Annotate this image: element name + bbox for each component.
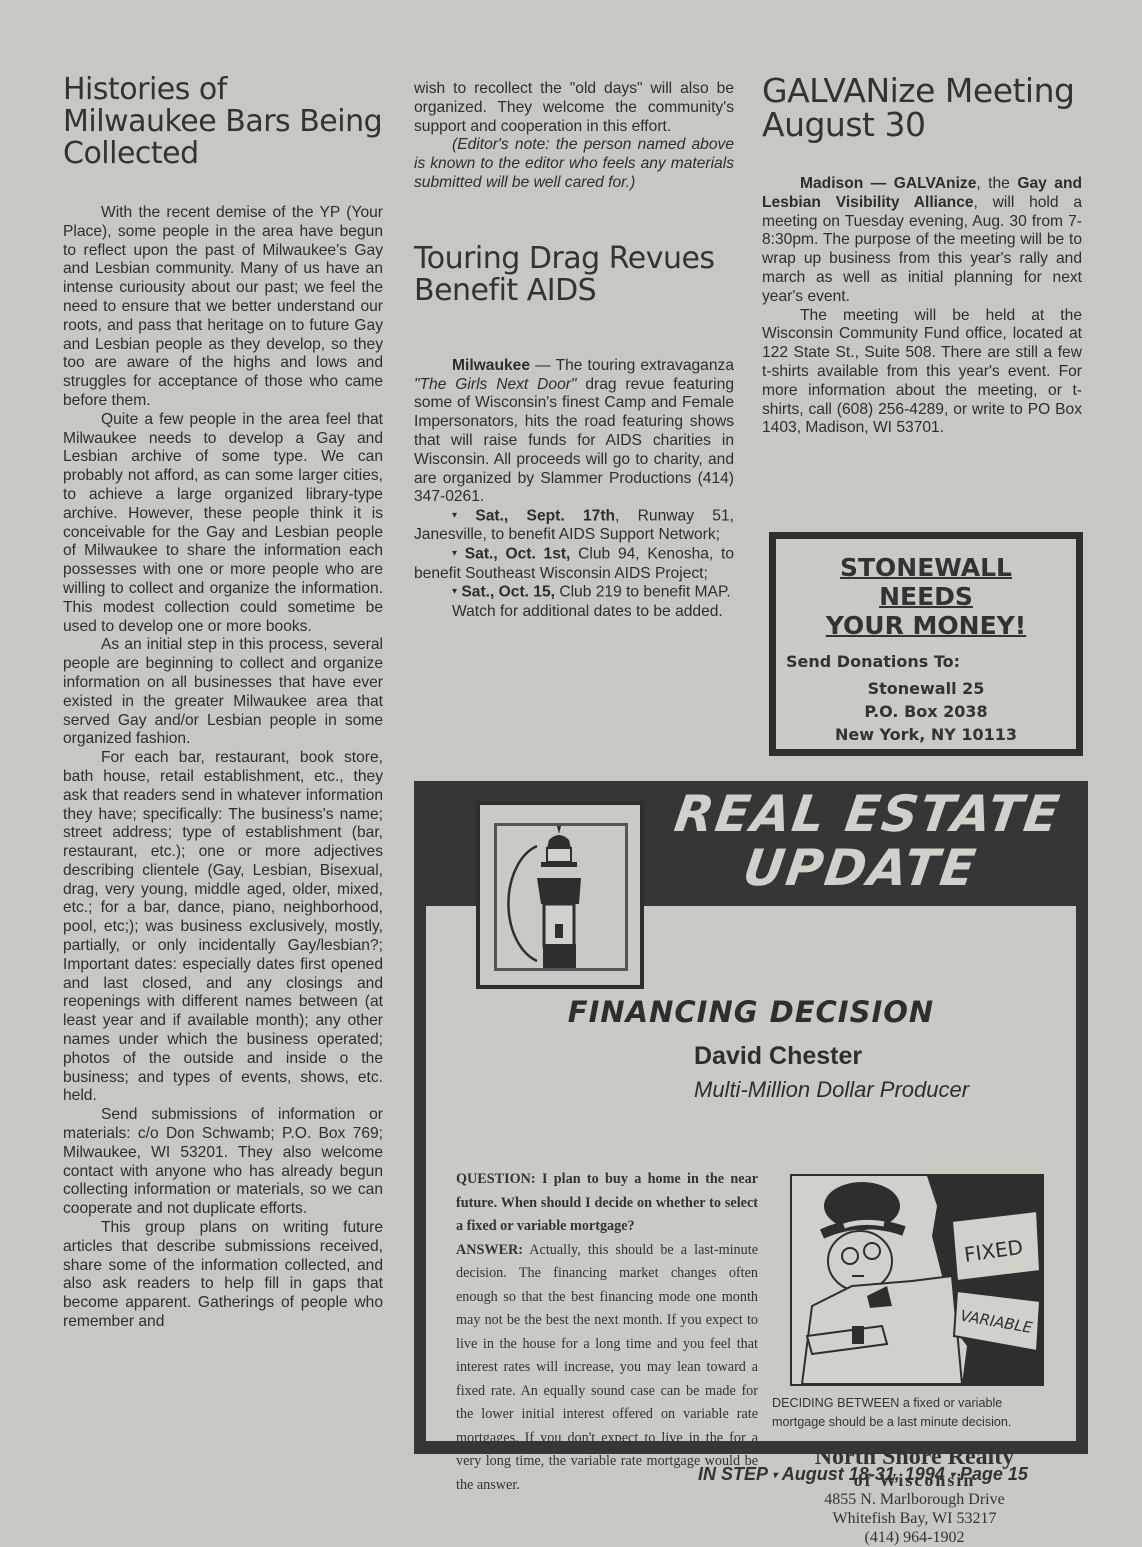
answer-label: ANSWER: <box>456 1242 523 1258</box>
paragraph: The meeting will be held at the Wisconsi… <box>762 307 1082 439</box>
paragraph: Watch for additional dates to be added. <box>414 603 734 622</box>
paragraph: Milwaukee — The touring extravaganza "Th… <box>414 357 734 507</box>
address-line: P.O. Box 2038 <box>776 700 1076 723</box>
show-item: ▾ Sat., Sept. 17th, Runway 51, Janesvill… <box>414 507 734 545</box>
column-middle: wish to recollect the "old days" will al… <box>414 80 734 622</box>
title-line: NEEDS <box>776 582 1076 611</box>
show-date: Sat., Oct. 1st, <box>465 546 571 563</box>
article-continuation: wish to recollect the "old days" will al… <box>414 80 734 193</box>
show-title: "The Girls Next Door" <box>414 376 576 393</box>
issue-date: August 18-31, 1994 <box>782 1464 945 1484</box>
logo-inner-frame <box>494 823 628 971</box>
text: , the <box>976 175 1017 192</box>
page-number: Page 15 <box>960 1464 1028 1484</box>
show-date: Sat., Oct. 15, <box>461 584 555 601</box>
donation-address: Stonewall 25 P.O. Box 2038 New York, NY … <box>776 677 1076 746</box>
paragraph: As an initial step in this process, seve… <box>63 636 383 749</box>
triangle-bullet-icon: ▾ <box>452 510 457 521</box>
agent-name: David Chester <box>694 1042 969 1071</box>
phone: (414) 964-1902 <box>772 1528 1057 1547</box>
ad-title: STONEWALL NEEDS YOUR MONEY! <box>776 553 1076 640</box>
qa-text: QUESTION: I plan to buy a home in the ne… <box>456 1168 758 1497</box>
caption-lead: DECIDING BETWEEN <box>772 1396 899 1410</box>
text: drag revue featuring some of Wisconsin's… <box>414 376 734 506</box>
address-line: Whitefish Bay, WI 53217 <box>772 1509 1057 1528</box>
editors-note: (Editor's note: the person named above i… <box>414 136 734 192</box>
address-line: Stonewall 25 <box>776 677 1076 700</box>
show-date: Sat., Sept. 17th <box>475 508 615 525</box>
real-estate-ad: REAL ESTATE UPDATE David Chester Multi-M… <box>414 781 1088 1454</box>
triangle-separator-icon: ▾ <box>950 1470 955 1481</box>
headline-galvanize: GALVANize Meeting August 30 <box>762 74 1082 142</box>
address-line: 4855 N. Marlborough Drive <box>772 1490 1057 1509</box>
paragraph: This group plans on writing future artic… <box>63 1219 383 1332</box>
article-histories: Histories of Milwaukee Bars Being Collec… <box>63 74 383 1332</box>
paragraph: With the recent demise of the YP (Your P… <box>63 204 383 411</box>
page-footer: IN STEP ▾ August 18-31, 1994 ▾ Page 15 <box>698 1464 1028 1485</box>
headline-histories: Histories of Milwaukee Bars Being Collec… <box>63 74 383 170</box>
lighthouse-icon <box>497 826 625 968</box>
stonewall-ad: STONEWALL NEEDS YOUR MONEY! Send Donatio… <box>769 532 1083 756</box>
paragraph: Quite a few people in the area feel that… <box>63 411 383 637</box>
title-line: YOUR MONEY! <box>776 611 1076 640</box>
company-info: North Shore Realty of Wisconsin 4855 N. … <box>772 1444 1057 1547</box>
lighthouse-logo <box>476 801 644 989</box>
show-item: ▾ Sat., Oct. 1st, Club 94, Kenosha, to b… <box>414 545 734 583</box>
address-line: New York, NY 10113 <box>776 723 1076 746</box>
cartoon-caption: DECIDING BETWEEN a fixed or variable mor… <box>772 1394 1032 1432</box>
paragraph: Madison — GALVAnize, the Gay and Lesbian… <box>762 175 1082 307</box>
text: — The touring extravaganza <box>530 357 734 374</box>
dateline: Milwaukee <box>452 357 530 374</box>
headline-drag: Touring Drag Revues Benefit AIDS <box>414 243 734 307</box>
article-galvanize: GALVANize Meeting August 30 Madison — GA… <box>762 74 1082 438</box>
paragraph: For each bar, restaurant, book store, ba… <box>63 749 383 1106</box>
title-line: STONEWALL <box>776 553 1076 582</box>
question-label: QUESTION: <box>456 1171 536 1187</box>
answer: Actually, this should be a last-minute d… <box>456 1242 758 1493</box>
title-line: UPDATE <box>646 841 1074 895</box>
triangle-bullet-icon: ▾ <box>452 548 457 559</box>
show-details: Club 94, Kenosha, to benefit Southeast W… <box>414 546 734 582</box>
article-body: Madison — GALVAnize, the Gay and Lesbian… <box>762 175 1082 438</box>
ad-title: REAL ESTATE UPDATE <box>646 787 1081 895</box>
cartoon-man-with-signs-icon: FIXED VARIABLE <box>792 1176 1042 1384</box>
article-body: With the recent demise of the YP (Your P… <box>63 204 383 1332</box>
show-item: ▾ Sat., Oct. 15, Club 219 to benefit MAP… <box>414 583 734 602</box>
cartoon-illustration: FIXED VARIABLE <box>790 1174 1044 1386</box>
send-label: Send Donations To: <box>786 652 1076 671</box>
publication-name: IN STEP <box>698 1464 767 1484</box>
show-details: Club 219 to benefit MAP. <box>555 584 731 601</box>
triangle-bullet-icon: ▾ <box>452 586 457 597</box>
dateline: Madison — GALVAnize <box>800 175 976 192</box>
paragraph: wish to recollect the "old days" will al… <box>414 80 734 136</box>
agent-title: Multi-Million Dollar Producer <box>694 1077 969 1103</box>
triangle-separator-icon: ▾ <box>772 1470 777 1481</box>
title-line: REAL ESTATE <box>654 787 1082 841</box>
article-drag-body: Milwaukee — The touring extravaganza "Th… <box>414 357 734 622</box>
section-title: FINANCING DECISION <box>414 995 1088 1029</box>
paragraph: Send submissions of information or mater… <box>63 1106 383 1219</box>
agent-info: David Chester Multi-Million Dollar Produ… <box>694 1042 969 1103</box>
